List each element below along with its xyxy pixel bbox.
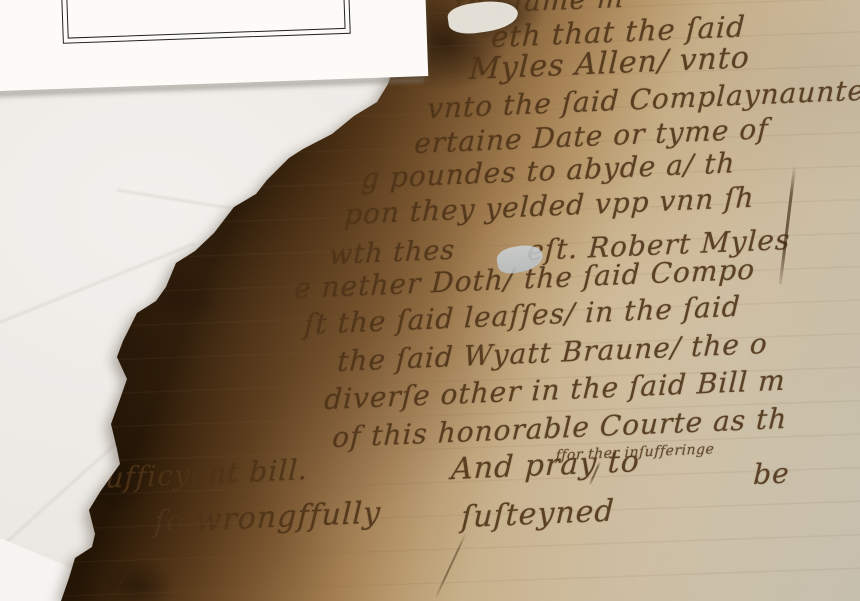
label-card-frame-inner (60, 0, 345, 39)
manuscript-line: ſufficyent bill. (93, 453, 308, 495)
manuscript-line: ſo wrongffully (153, 495, 381, 540)
label-card-frame (55, 0, 351, 44)
interline-insertion: ffor ther inſufferinge (555, 441, 714, 464)
manuscript-line: ſuſteyned (460, 494, 615, 536)
label-card (0, 0, 428, 92)
pen-stroke (104, 502, 174, 601)
manuscript-photo: the ſame m eth that the ſaid Myles Allen… (0, 0, 860, 601)
manuscript-line: be (752, 456, 790, 491)
pen-stroke (435, 533, 466, 597)
